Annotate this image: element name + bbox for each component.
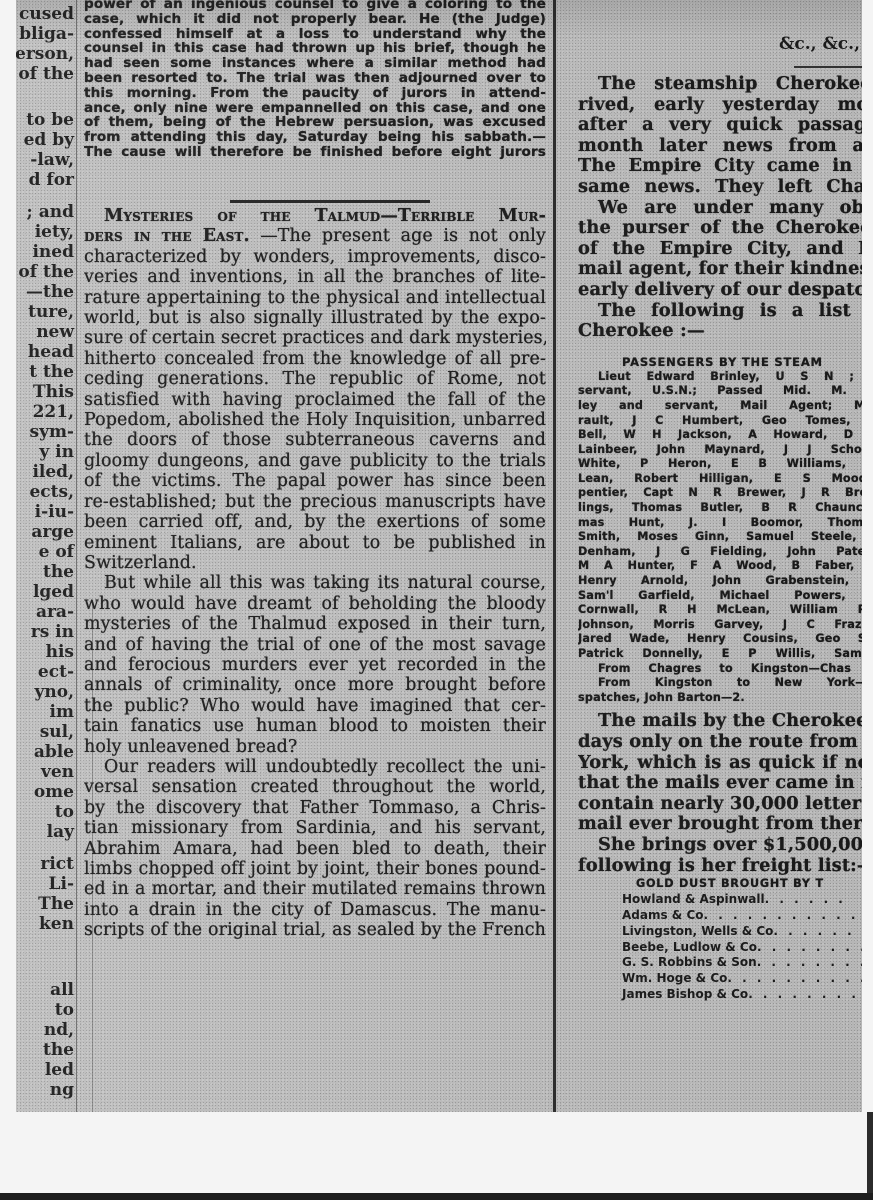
column-line: Smith, Moses Ginn, Samuel Steele, J: [578, 530, 862, 545]
steamship-paragraphs: The steamship Cherokee,rived, early yest…: [578, 74, 862, 342]
article-title-part1: Mysteries of the Talmud—Terrible Mur-: [104, 206, 546, 226]
fragment-line: ect-: [38, 662, 74, 682]
column-line: after a very quick passage: [578, 115, 862, 136]
article-line: tain fanatics use human blood to moisten…: [84, 716, 546, 736]
article-title-part2: ders in the East.: [84, 226, 250, 246]
gold-dust-row: Beebe, Ludlow & Co. . . . . . . . .: [578, 940, 862, 956]
fragment-line: able: [34, 742, 74, 762]
column-line: Johnson, Morris Garvey, J C Frazer,: [578, 618, 862, 633]
column-line: contain nearly 30,000 letters, v: [578, 794, 862, 815]
scanner-edge-shadow: [867, 1112, 873, 1194]
article-line: Popedom, abolished the Holy Inquisition,…: [84, 410, 546, 430]
fragment-line: rict: [40, 854, 74, 874]
right-section-rule: [794, 66, 862, 68]
column-line: She brings over $1,500,000 i: [578, 835, 862, 856]
paragraph-line: counsel in this case had thrown up his b…: [84, 41, 546, 56]
article-line: the doors of those subterraneous caverns…: [84, 430, 546, 450]
fragment-line: y in: [39, 442, 74, 462]
column-line: mail ever brought from there.: [578, 814, 862, 835]
main-column: power of an ingenious counsel to give a …: [80, 0, 550, 1112]
fragment-line: ara-: [36, 602, 74, 622]
column-line: The mails by the Cherokee h: [578, 711, 862, 732]
scanner-bottom-edge: [0, 1193, 873, 1200]
column-line: Denham, J G Fielding, John Paters: [578, 545, 862, 560]
column-line: lings, Thomas Butler, B R Chauncey: [578, 501, 862, 516]
article-line: gloomy dungeons, and gave publicity to t…: [84, 451, 546, 471]
article-line: ceding generations. The republic of Rome…: [84, 369, 546, 389]
fragment-line: ken: [39, 914, 74, 934]
scanned-newspaper-page: cusedbliga-erson,of theto beed by-law,d …: [16, 0, 862, 1112]
article-line: who would have dreamt of beholding the b…: [84, 594, 546, 614]
fragment-line: lged: [33, 582, 74, 602]
fragment-line: ture,: [28, 302, 74, 322]
fragment-line: e of: [39, 542, 74, 562]
fragment-line: his: [46, 642, 74, 662]
column-line: rived, early yesterday mor: [578, 95, 862, 116]
column-rule-right: [553, 0, 556, 1112]
article-line: re-established; but the precious manuscr…: [84, 492, 546, 512]
article-line: been carried off, and, by the exertions …: [84, 512, 546, 532]
fragment-line: Li-: [49, 874, 74, 894]
paragraph-line: had seen some instances where a similar …: [84, 56, 546, 71]
fragment-line: d for: [29, 170, 74, 190]
fragment-line: sul,: [40, 722, 74, 742]
fragment-line: head: [28, 342, 74, 362]
article-line: by the discovery that Father Tommaso, a …: [84, 798, 546, 818]
fragment-line: the: [43, 1040, 74, 1060]
paragraph-line: been resorted to. The trial was then adj…: [84, 71, 546, 86]
fragment-line: to: [55, 1000, 74, 1020]
gold-dust-row: Wm. Hoge & Co. . . . . . . . . . .: [578, 971, 862, 987]
article-line: hitherto concealed from the knowledge of…: [84, 349, 546, 369]
fragment-line: This: [33, 382, 74, 402]
column-line: The Empire City came in h: [578, 156, 862, 177]
fragment-line: im: [50, 702, 74, 722]
paragraph-line: case, which it did not properly bear. He…: [84, 12, 546, 27]
fragment-line: t the: [29, 362, 74, 382]
column-line: month later news from all: [578, 136, 862, 157]
gold-dust-row: Livingston, Wells & Co. . . . . .: [578, 924, 862, 940]
paragraph-line: power of an ingenious counsel to give a …: [84, 0, 546, 12]
fragment-line: nd,: [44, 1020, 74, 1040]
column-line: From Kingston to New York—M: [578, 676, 862, 691]
article-line: scripts of the original trial, as sealed…: [84, 920, 546, 940]
fragment-line: 221,: [33, 402, 74, 422]
fragment-line: arge: [31, 522, 74, 542]
leader-dots: . . . . . . . .: [757, 955, 862, 969]
article-line: into a drain in the city of Damascus. Th…: [84, 900, 546, 920]
gold-dust-list: Howland & Aspinwall. . . . . .Adams & Co…: [578, 892, 862, 1003]
article-line: characterized by wonders, improvements, …: [84, 247, 546, 267]
column-line: of the Empire City, and M: [578, 239, 862, 260]
fragment-line: iety,: [35, 222, 74, 242]
article-line: of the victims. The papal power has sinc…: [84, 471, 546, 491]
shipper-name: Beebe, Ludlow & Co: [622, 940, 757, 954]
column-line: Lean, Robert Hilligan, E S Moody,: [578, 472, 862, 487]
fragment-line: ects,: [29, 482, 74, 502]
article-line: Switzerland.: [84, 553, 546, 573]
fragment-line: of the: [18, 64, 74, 84]
fragment-line: to: [55, 802, 74, 822]
column-line: following is her freight list:—: [578, 856, 862, 877]
fragment-line: iled,: [32, 462, 74, 482]
right-column: &c., &c., The steamship Cherokee,rived, …: [564, 0, 862, 1112]
column-line: mail agent, for their kindness: [578, 259, 862, 280]
leader-dots: . . . . . . . . .: [748, 987, 862, 1001]
column-line: early delivery of our despatch: [578, 280, 862, 301]
fragment-line: ined: [32, 242, 74, 262]
paragraph-line: of them, being of the Hebrew persuasion,…: [84, 115, 546, 130]
column-line: spatches, John Barton—2.: [578, 691, 862, 706]
column-line: mas Hunt, J. I Boomor, Thomas: [578, 516, 862, 531]
fragment-line: new: [36, 322, 74, 342]
article-line: and ferocious murders ever yet recorded …: [84, 655, 546, 675]
fragment-line: yno,: [35, 682, 75, 702]
article-line: mysteries of the Thalmud exposed in thei…: [84, 614, 546, 634]
column-line: Bell, W H Jackson, A Howard, D C: [578, 428, 862, 443]
passengers-heading: PASSENGERS BY THE STEAM: [578, 354, 862, 370]
paragraph-line: The cause will therefore be finished bef…: [84, 145, 546, 160]
left-column-fragment: cusedbliga-erson,of theto beed by-law,d …: [16, 0, 76, 1112]
leader-dots: . . . . . . . . .: [757, 940, 862, 954]
column-line: York, which is as quick if not: [578, 753, 862, 774]
article-opening-text: —The present age is not only: [260, 226, 546, 246]
article-line: annals of criminality, once more brought…: [84, 675, 546, 695]
column-line: rault, J C Humbert, Geo Tomes, R: [578, 414, 862, 429]
paragraph-line: ance, only nine were empannelled on this…: [84, 101, 546, 116]
section-divider-rule: [230, 200, 430, 203]
gold-dust-row: Adams & Co. . . . . . . . . . . . .: [578, 908, 862, 924]
paragraph-line: confessed himself at a loss to understan…: [84, 27, 546, 42]
leader-dots: . . . . . .: [773, 924, 854, 938]
column-line: Cherokee :—: [578, 321, 862, 342]
passenger-list: Lieut Edward Brinley, U S N ; Pservant, …: [578, 370, 862, 706]
fragment-line: the: [43, 562, 74, 582]
column-line: From Chagres to Kingston—Chas K: [578, 662, 862, 677]
fragment-line: ; and: [27, 202, 74, 222]
fragment-line: ome: [34, 782, 74, 802]
column-line: ley and servant, Mail Agent; Mrs: [578, 399, 862, 414]
article-line: veries and inventions, in all the branch…: [84, 267, 546, 287]
fragment-line: ng: [50, 1080, 74, 1100]
article-line: Abrahim Amara, had been bled to death, t…: [84, 839, 546, 859]
fragment-line: The: [38, 894, 74, 914]
paragraph-line: from attending this day, Saturday being …: [84, 130, 546, 145]
fragment-line: of the: [18, 262, 74, 282]
article-first-line: Mysteries of the Talmud—Terrible Mur-: [84, 206, 546, 226]
column-line: We are under many obli: [578, 198, 862, 219]
fragment-line: rs in: [31, 622, 74, 642]
fragment-line: ed by: [24, 130, 74, 150]
article-body: characterized by wonders, improvements, …: [84, 247, 546, 941]
article-line: sure of certain secret practices and dar…: [84, 328, 546, 348]
column-line: Jared Wade, Henry Cousins, Geo Sm: [578, 632, 862, 647]
fragment-line: -law,: [30, 150, 74, 170]
article-line: and of having the trial of one of the mo…: [84, 635, 546, 655]
leader-dots: . . . . . . . . . . . . .: [704, 908, 863, 922]
shipper-name: Wm. Hoge & Co: [622, 971, 727, 985]
paragraph-line: this morning. From the paucity of jurors…: [84, 86, 546, 101]
fragment-line: cused: [19, 4, 74, 24]
fragment-line: sym-: [30, 422, 75, 442]
gold-dust-row: Howland & Aspinwall. . . . . .: [578, 892, 862, 908]
article-line: eminent Italians, are about to be publis…: [84, 533, 546, 553]
column-rule-left: [76, 0, 77, 1112]
article-line: holy unleavened bread?: [84, 737, 546, 757]
article-line: the public? Who would have imagined that…: [84, 696, 546, 716]
column-line: Lieut Edward Brinley, U S N ; P: [578, 370, 862, 385]
article-line: satisfied with having proclaimed the fal…: [84, 390, 546, 410]
column-line: same news. They left Chag: [578, 177, 862, 198]
fragment-line: to be: [26, 110, 74, 130]
court-report-paragraph: power of an ingenious counsel to give a …: [84, 0, 546, 160]
column-line: Patrick Donnelly, E P Willis, Samue: [578, 647, 862, 662]
article-title-line2: ders in the East. —The present age is no…: [84, 226, 546, 246]
gold-dust-heading: GOLD DUST BROUGHT BY T: [578, 876, 862, 892]
leader-dots: . . . . . . . . . . .: [727, 971, 862, 985]
column-line: Cornwall, R H McLean, William Pie: [578, 603, 862, 618]
column-line: pentier, Capt N R Brewer, J R Brow: [578, 486, 862, 501]
leader-dots: . . . . . .: [765, 892, 846, 906]
talmud-article: Mysteries of the Talmud—Terrible Mur- de…: [84, 206, 546, 941]
shipper-name: Adams & Co: [622, 908, 704, 922]
article-line: rature appertaining to the physical and …: [84, 288, 546, 308]
article-line: ed in a mortar, and their mutilated rema…: [84, 879, 546, 899]
column-line: The following is a list o: [578, 301, 862, 322]
shipper-name: James Bishop & Co: [622, 987, 748, 1001]
column-line: that the mails ever came in fro: [578, 773, 862, 794]
section-header-fragment: &c., &c.,: [779, 34, 860, 54]
column-line: the purser of the Cherokee,: [578, 218, 862, 239]
shipper-name: Livingston, Wells & Co: [622, 924, 773, 938]
article-line: But while all this was taking its natura…: [84, 573, 546, 593]
fragment-line: led: [45, 1060, 74, 1080]
shipper-name: G. S. Robbins & Son: [622, 955, 757, 969]
fragment-line: ven: [41, 762, 74, 782]
column-line: days only on the route from Sa: [578, 732, 862, 753]
gold-dust-row: G. S. Robbins & Son. . . . . . . .: [578, 955, 862, 971]
fragment-line: lay: [47, 822, 74, 842]
shipper-name: Howland & Aspinwall: [622, 892, 765, 906]
column-line: Lainbeer, John Maynard, J J Schoon: [578, 443, 862, 458]
fragment-line: —the: [26, 282, 74, 302]
article-line: world, but is also signally illustrated …: [84, 308, 546, 328]
mail-paragraphs: The mails by the Cherokee hdays only on …: [578, 711, 862, 876]
fragment-line: all: [50, 980, 74, 1000]
column-line: The steamship Cherokee,: [578, 74, 862, 95]
column-line: White, P Heron, E B Williams, Jo: [578, 457, 862, 472]
fragment-line: bliga-: [19, 24, 74, 44]
column-line: Sam'l Garfield, Michael Powers, L: [578, 589, 862, 604]
column-line: M A Hunter, F A Wood, B Faber, A: [578, 559, 862, 574]
article-line: limbs chopped off joint by joint, their …: [84, 859, 546, 879]
gold-dust-row: James Bishop & Co. . . . . . . . .: [578, 987, 862, 1003]
column-line: servant, U.S.N.; Passed Mid. M. P.: [578, 384, 862, 399]
column-line: Henry Arnold, John Grabenstein, J: [578, 574, 862, 589]
article-line: versal sensation created throughout the …: [84, 777, 546, 797]
article-line: Our readers will undoubtedly recollect t…: [84, 757, 546, 777]
cherokee-news-article: The steamship Cherokee,rived, early yest…: [578, 74, 862, 1003]
article-line: tian missionary from Sardinia, and his s…: [84, 818, 546, 838]
fragment-line: i-iu-: [35, 502, 74, 522]
fragment-line: erson,: [16, 44, 74, 64]
